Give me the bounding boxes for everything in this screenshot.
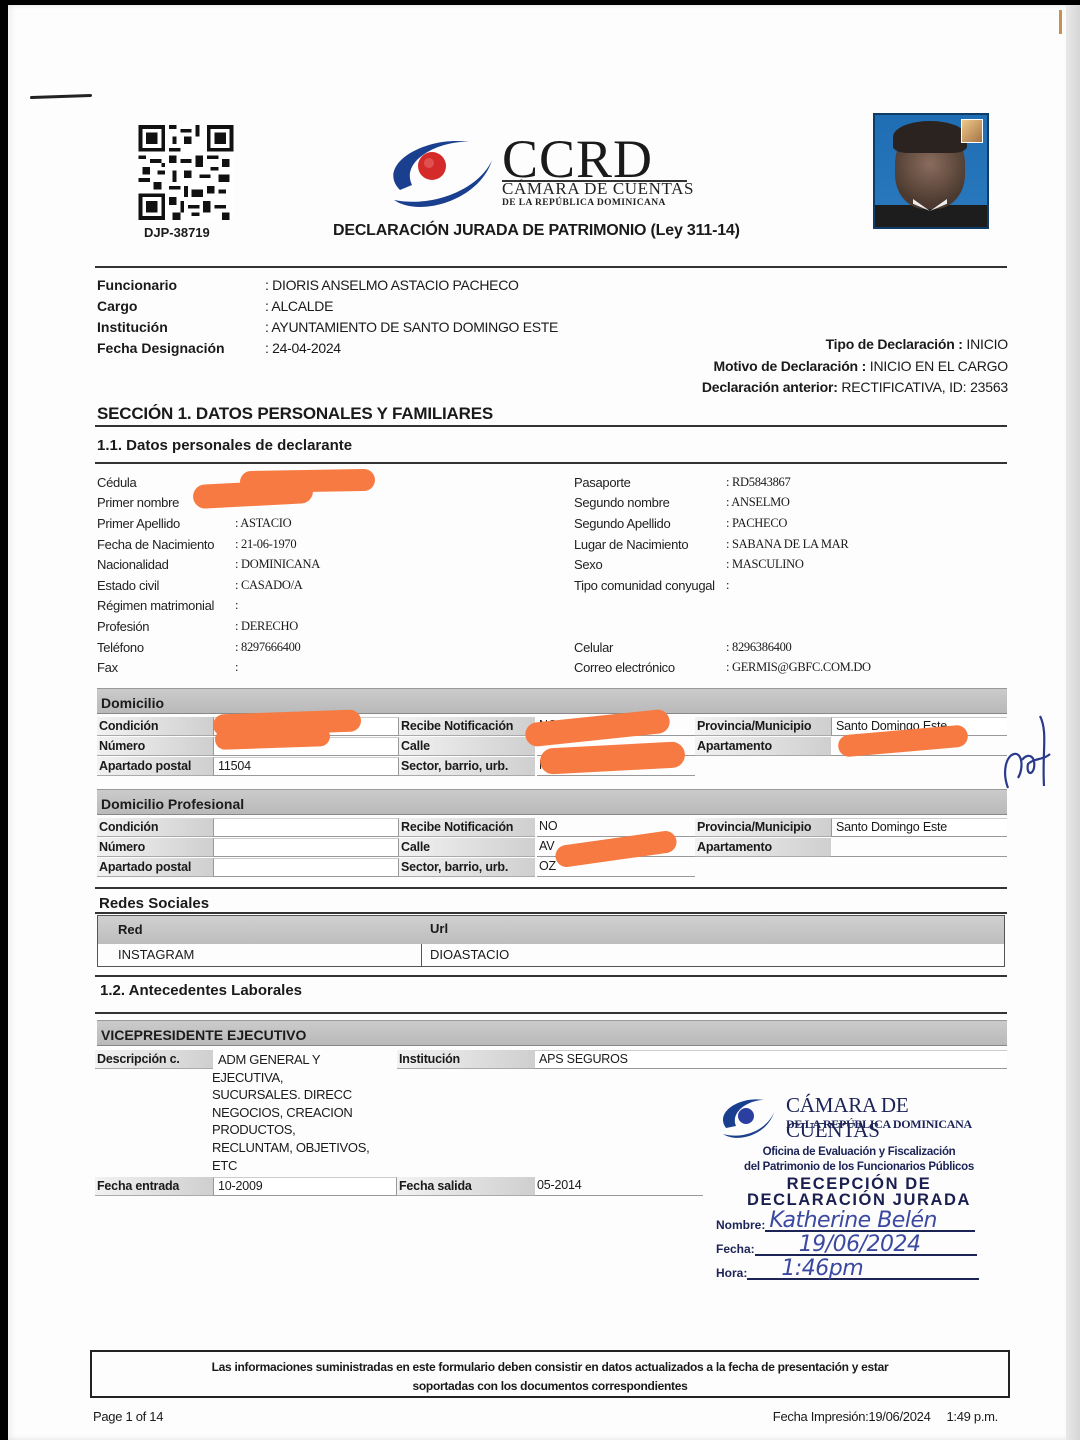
declaration-code: DJP-38719 bbox=[144, 225, 210, 240]
telefono-label: Teléfono bbox=[97, 640, 235, 655]
fecha-entrada-value: 10-2009 bbox=[213, 1177, 397, 1196]
cargo-value: : ALCALDE bbox=[265, 298, 333, 314]
lugar-nacimiento-label: Lugar de Nacimiento bbox=[574, 537, 726, 552]
sector-label: Sector, barrio, urb. bbox=[399, 757, 535, 776]
page-edge bbox=[1066, 5, 1080, 1440]
print-date-value: Fecha Impresión:19/06/2024 bbox=[773, 1409, 931, 1424]
recibe-notificacion-label: Recibe Notificación bbox=[399, 717, 535, 736]
primer-apellido-value: : ASTACIO bbox=[235, 516, 291, 531]
red-cell: INSTAGRAM bbox=[98, 944, 422, 966]
divider bbox=[95, 887, 1007, 889]
motivo-declaracion-label: Motivo de Declaración : bbox=[714, 358, 867, 374]
celular-value: : 8296386400 bbox=[726, 640, 792, 655]
redaction-mark bbox=[215, 726, 331, 750]
logo-acronym: CCRD bbox=[502, 132, 653, 186]
correo-label: Correo electrónico bbox=[574, 660, 726, 675]
hora-label: Hora: bbox=[716, 1266, 747, 1280]
stamp-fecha: Fecha: 19/06/2024 bbox=[716, 1234, 977, 1256]
declaration-info: Tipo de Declaración : INICIO Motivo de D… bbox=[702, 336, 1008, 401]
segundo-nombre-label: Segundo nombre bbox=[574, 495, 726, 510]
nombre-label: Nombre: bbox=[716, 1218, 765, 1232]
subsection-title: 1.1. Datos personales de declarante bbox=[97, 437, 352, 454]
page-number: Page 1 of 14 bbox=[93, 1409, 163, 1424]
hora-handwritten: 1:46pm bbox=[781, 1256, 863, 1281]
segundo-apellido-label: Segundo Apellido bbox=[574, 516, 726, 531]
apartado-postal-value: 11504 bbox=[213, 757, 399, 776]
tape-mark bbox=[1059, 10, 1062, 34]
fecha-nacimiento-value: : 21-06-1970 bbox=[235, 537, 296, 552]
estado-civil-value: : CASADO/A bbox=[235, 578, 303, 593]
position-header: VICEPRESIDENTE EJECUTIVO bbox=[97, 1020, 1007, 1046]
fecha-label: Fecha: bbox=[716, 1242, 755, 1256]
fecha-designacion-label: Fecha Designación bbox=[97, 340, 265, 356]
logo-name: CÁMARA DE CUENTAS bbox=[502, 179, 694, 199]
tipo-comunidad-value: : bbox=[726, 578, 729, 593]
prof-apartado-postal-value bbox=[213, 858, 399, 877]
ccrd-emblem-icon bbox=[380, 130, 498, 215]
declaracion-anterior-value: RECTIFICATIVA, ID: 23563 bbox=[838, 379, 1008, 395]
tipo-comunidad-label: Tipo comunidad conyugal bbox=[574, 578, 726, 593]
column-url: Url bbox=[422, 916, 1004, 944]
divider bbox=[95, 425, 1007, 427]
divider bbox=[95, 1012, 1007, 1014]
qr-code-icon bbox=[136, 125, 236, 220]
prof-provincia-label: Provincia/Municipio bbox=[695, 818, 831, 837]
domicilio-profesional-header: Domicilio Profesional bbox=[97, 789, 1007, 815]
apartado-postal-label: Apartado postal bbox=[97, 757, 213, 776]
stamp-nombre: Nombre: Katherine Belén bbox=[716, 1210, 975, 1232]
fax-label: Fax bbox=[97, 660, 235, 675]
print-date: Fecha Impresión:19/06/20241:49 p.m. bbox=[773, 1409, 998, 1424]
prof-apartamento-value bbox=[831, 838, 1007, 857]
thumbnail-image bbox=[961, 119, 983, 143]
table-header: Red Url bbox=[98, 916, 1004, 944]
funcionario-label: Funcionario bbox=[97, 277, 265, 293]
stamp-hora: Hora: 1:46pm bbox=[716, 1258, 979, 1280]
sexo-label: Sexo bbox=[574, 557, 726, 572]
redes-sociales-title: Redes Sociales bbox=[99, 895, 209, 912]
declaracion-anterior-label: Declaración anterior: bbox=[702, 379, 838, 395]
primer-apellido-label: Primer Apellido bbox=[97, 516, 235, 531]
nombre-handwritten: Katherine Belén bbox=[769, 1208, 937, 1233]
stamp-heading: RECEPCIÓN DE DECLARACIÓN JURADA bbox=[714, 1176, 1004, 1208]
url-cell: DIOASTACIO bbox=[422, 944, 1004, 966]
prof-condicion-value bbox=[213, 818, 399, 837]
reception-stamp: CÁMARA DE CUENTAS DE LA REPÚBLICA DOMINI… bbox=[714, 1088, 1004, 1288]
redes-sociales-table: Red Url INSTAGRAM DIOASTACIO bbox=[97, 915, 1005, 967]
profesion-label: Profesión bbox=[97, 619, 235, 634]
descripcion-value: ADM GENERAL Y EJECUTIVA, SUCURSALES. DIR… bbox=[212, 1051, 397, 1174]
pasaporte-label: Pasaporte bbox=[574, 475, 726, 490]
fecha-entrada-label: Fecha entrada bbox=[95, 1177, 213, 1196]
footer-notice: Las informaciones suministradas en este … bbox=[90, 1350, 1010, 1398]
divider bbox=[95, 912, 1007, 914]
segundo-apellido-value: : PACHECO bbox=[726, 516, 787, 531]
antecedentes-title: 1.2. Antecedentes Laborales bbox=[100, 982, 302, 999]
calle-label: Calle bbox=[399, 737, 535, 756]
prof-numero-value bbox=[213, 838, 399, 857]
fecha-handwritten: 19/06/2024 bbox=[799, 1232, 921, 1257]
column-red: Red bbox=[98, 916, 422, 944]
prof-sector-label: Sector, barrio, urb. bbox=[399, 858, 535, 877]
section-title: SECCIÓN 1. DATOS PERSONALES Y FAMILIARES bbox=[97, 404, 493, 424]
profesion-value: : DERECHO bbox=[235, 619, 298, 634]
tipo-declaracion-value: INICIO bbox=[963, 336, 1008, 352]
sexo-value: : MASCULINO bbox=[726, 557, 804, 572]
regimen-matrimonial-value: : bbox=[235, 598, 238, 613]
divider bbox=[95, 266, 1007, 268]
apartamento-label: Apartamento bbox=[695, 737, 831, 756]
tipo-declaracion-label: Tipo de Declaración : bbox=[826, 336, 963, 352]
fax-value: : bbox=[235, 660, 238, 675]
document-title: DECLARACIÓN JURADA DE PATRIMONIO (Ley 31… bbox=[333, 222, 740, 240]
fecha-nacimiento-label: Fecha de Nacimiento bbox=[97, 537, 235, 552]
prof-calle-label: Calle bbox=[399, 838, 535, 857]
segundo-nombre-value: : ANSELMO bbox=[726, 495, 790, 510]
institucion-label: Institución bbox=[397, 1050, 535, 1069]
fecha-designacion-value: : 24-04-2024 bbox=[265, 340, 341, 356]
logo-subname: DE LA REPÚBLICA DOMINICANA bbox=[502, 198, 666, 208]
lugar-nacimiento-value: : SABANA DE LA MAR bbox=[726, 537, 848, 552]
divider bbox=[95, 462, 1007, 464]
descripcion-label: Descripción c. bbox=[95, 1050, 213, 1069]
stamp-subname: DE LA REPÚBLICA DOMINICANA bbox=[786, 1117, 972, 1132]
nacionalidad-label: Nacionalidad bbox=[97, 557, 235, 572]
table-row: INSTAGRAM DIOASTACIO bbox=[98, 944, 1004, 966]
prof-recibe-notificacion-label: Recibe Notificación bbox=[399, 818, 535, 837]
stamp-office: Oficina de Evaluación y Fiscalización de… bbox=[714, 1145, 1004, 1175]
correo-value: : GERMIS@GBFC.COM.DO bbox=[726, 660, 871, 675]
print-time-value: 1:49 p.m. bbox=[947, 1409, 999, 1424]
estado-civil-label: Estado civil bbox=[97, 578, 235, 593]
handwritten-initials-icon bbox=[1000, 712, 1058, 792]
prof-condicion-label: Condición bbox=[97, 818, 213, 837]
condicion-label: Condición bbox=[97, 717, 213, 736]
motivo-declaracion-value: INICIO EN EL CARGO bbox=[866, 358, 1008, 374]
funcionario-value: : DIORIS ANSELMO ASTACIO PACHECO bbox=[265, 277, 519, 293]
official-photo bbox=[873, 113, 989, 229]
prof-numero-label: Número bbox=[97, 838, 213, 857]
institucion-value: APS SEGUROS bbox=[535, 1050, 1007, 1069]
celular-label: Celular bbox=[574, 640, 726, 655]
institucion-label: Institución bbox=[97, 319, 265, 335]
provincia-label: Provincia/Municipio bbox=[695, 717, 831, 736]
prof-apartamento-label: Apartamento bbox=[695, 838, 831, 857]
prof-apartado-postal-label: Apartado postal bbox=[97, 858, 213, 877]
divider bbox=[95, 975, 1007, 977]
ccrd-logo: CCRD CÁMARA DE CUENTAS DE LA REPÚBLICA D… bbox=[380, 130, 700, 215]
cargo-label: Cargo bbox=[97, 298, 265, 314]
pasaporte-value: : RD5843867 bbox=[726, 475, 790, 490]
official-info: Funcionario: DIORIS ANSELMO ASTACIO PACH… bbox=[97, 274, 558, 358]
prof-provincia-value: Santo Domingo Este bbox=[831, 818, 1007, 837]
numero-label: Número bbox=[97, 737, 213, 756]
institucion-value: : AYUNTAMIENTO DE SANTO DOMINGO ESTE bbox=[265, 319, 558, 335]
personal-data-right: Pasaporte: RD5843867 Segundo nombre: ANS… bbox=[574, 472, 871, 678]
regimen-matrimonial-label: Régimen matrimonial bbox=[97, 598, 235, 613]
domicilio-header: Domicilio bbox=[97, 688, 1007, 714]
telefono-value: : 8297666400 bbox=[235, 640, 301, 655]
fecha-salida-value: 05-2014 bbox=[535, 1177, 703, 1196]
nacionalidad-value: : DOMINICANA bbox=[235, 557, 320, 572]
camara-emblem-icon bbox=[718, 1094, 776, 1142]
fecha-salida-label: Fecha salida bbox=[397, 1177, 535, 1196]
